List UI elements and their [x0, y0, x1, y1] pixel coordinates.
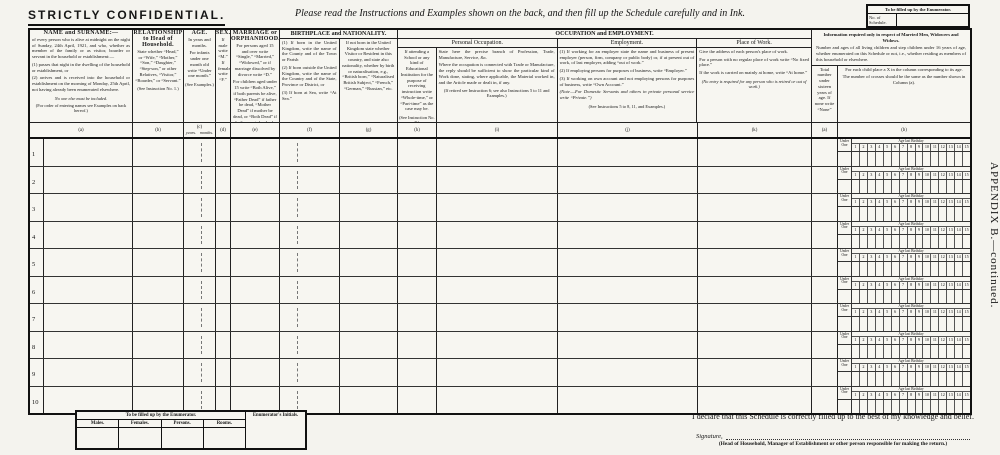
nationality-field[interactable] [340, 359, 398, 386]
age-mark-cell[interactable] [955, 290, 963, 304]
age-mark-cell[interactable] [939, 207, 947, 221]
age-mark-cell[interactable] [923, 345, 931, 359]
age-mark-cell[interactable] [838, 345, 852, 359]
age-mark-cell[interactable] [931, 290, 939, 304]
age-mark-cell[interactable] [838, 235, 852, 249]
age-mark-cell[interactable] [963, 372, 970, 386]
employment-field[interactable] [558, 249, 698, 276]
relationship-field[interactable] [133, 249, 184, 276]
age-mark-cell[interactable] [939, 400, 947, 414]
age-mark-cell[interactable] [884, 290, 892, 304]
age-mark-cell[interactable] [923, 207, 931, 221]
sex-field[interactable] [216, 249, 231, 276]
age-mark-cell[interactable] [923, 317, 931, 331]
age-mark-cell[interactable] [876, 317, 884, 331]
age-mark-cell[interactable] [923, 152, 931, 166]
age-mark-cell[interactable] [916, 372, 924, 386]
marriage-field[interactable] [231, 277, 280, 304]
age-column-number: 1 [852, 364, 860, 371]
age-mark-cell[interactable] [908, 180, 916, 194]
place-of-work-field[interactable] [698, 222, 812, 249]
age-mark-cell[interactable] [931, 262, 939, 276]
age-mark-cell[interactable] [916, 235, 924, 249]
age-mark-cell[interactable] [900, 152, 908, 166]
age-mark-cell[interactable] [860, 372, 868, 386]
age-column-number: 9 [916, 282, 924, 289]
employment-field[interactable] [558, 167, 698, 194]
age-mark-cell[interactable] [860, 290, 868, 304]
age-mark-cell[interactable] [900, 207, 908, 221]
marriage-field[interactable] [231, 359, 280, 386]
occupation-field[interactable] [437, 194, 558, 221]
birthplace-field[interactable] [280, 277, 340, 304]
children-age-grid: Under One Age last Birthday 123456789101… [838, 167, 970, 194]
birthplace-field[interactable] [280, 249, 340, 276]
col-header-marriage: MARRIAGE or ORPHANHOOD. For persons aged… [231, 30, 280, 122]
age-mark-cell[interactable] [908, 262, 916, 276]
age-mark-cell[interactable] [838, 180, 852, 194]
school-field[interactable] [398, 277, 437, 304]
employment-field[interactable] [558, 332, 698, 359]
age-mark-cell[interactable] [900, 262, 908, 276]
birthplace-field[interactable] [280, 167, 340, 194]
occupation-field[interactable] [437, 249, 558, 276]
place-of-work-field[interactable] [698, 139, 812, 166]
marriage-field[interactable] [231, 222, 280, 249]
age-mark-cell[interactable] [916, 180, 924, 194]
age-mark-cell[interactable] [884, 400, 892, 414]
occupation-field[interactable] [437, 167, 558, 194]
age-mark-cell[interactable] [955, 372, 963, 386]
age-mark-cell[interactable] [955, 180, 963, 194]
age-mark-cell[interactable] [884, 152, 892, 166]
age-mark-cell[interactable] [947, 235, 955, 249]
under-one-label: Under One [838, 249, 852, 261]
age-mark-cell[interactable] [931, 372, 939, 386]
age-mark-cell[interactable] [868, 317, 876, 331]
rooms-field[interactable] [204, 428, 245, 448]
school-field[interactable] [398, 167, 437, 194]
employment-field[interactable] [558, 304, 698, 331]
age-mark-cell[interactable] [892, 152, 900, 166]
nationality-field[interactable] [340, 167, 398, 194]
children-total-field[interactable] [812, 249, 838, 276]
age-mark-cell[interactable] [852, 317, 860, 331]
nationality-field[interactable] [340, 194, 398, 221]
name-field[interactable] [44, 304, 133, 331]
age-mark-cell[interactable] [955, 262, 963, 276]
age-mark-cell[interactable] [860, 207, 868, 221]
age-mark-cell[interactable] [900, 235, 908, 249]
age-mark-cell[interactable] [916, 400, 924, 414]
age-field[interactable] [184, 222, 216, 249]
age-field[interactable] [184, 167, 216, 194]
sex-field[interactable] [216, 359, 231, 386]
children-total-field[interactable] [812, 222, 838, 249]
marriage-field[interactable] [231, 249, 280, 276]
occupation-field[interactable] [437, 277, 558, 304]
age-mark-cell[interactable] [892, 207, 900, 221]
age-mark-cell[interactable] [876, 180, 884, 194]
age-mark-cell[interactable] [947, 400, 955, 414]
sex-field[interactable] [216, 304, 231, 331]
age-mark-cell[interactable] [860, 180, 868, 194]
school-field[interactable] [398, 359, 437, 386]
enumerator-initials-field[interactable]: Enumerator's Initials. [246, 412, 305, 448]
age-grid-cells [838, 207, 970, 221]
nationality-field[interactable] [340, 277, 398, 304]
age-mark-cell[interactable] [947, 207, 955, 221]
children-age-grid: Under One Age last Birthday 123456789101… [838, 194, 970, 221]
age-field[interactable] [184, 277, 216, 304]
marriage-field[interactable] [231, 304, 280, 331]
age-mark-cell[interactable] [838, 152, 852, 166]
children-total-field[interactable] [812, 167, 838, 194]
age-mark-cell[interactable] [838, 400, 852, 414]
age-mark-cell[interactable] [892, 317, 900, 331]
occupation-field[interactable] [437, 222, 558, 249]
place-of-work-field[interactable] [698, 332, 812, 359]
marriage-field[interactable] [231, 332, 280, 359]
age-mark-cell[interactable] [931, 152, 939, 166]
age-mark-cell[interactable] [868, 345, 876, 359]
birthplace-field[interactable] [280, 194, 340, 221]
age-field[interactable] [184, 304, 216, 331]
age-mark-cell[interactable] [852, 207, 860, 221]
age-mark-cell[interactable] [939, 317, 947, 331]
age-mark-cell[interactable] [947, 180, 955, 194]
age-mark-cell[interactable] [947, 290, 955, 304]
age-mark-cell[interactable] [860, 262, 868, 276]
age-mark-cell[interactable] [852, 400, 860, 414]
sex-field[interactable] [216, 222, 231, 249]
relationship-field[interactable] [133, 359, 184, 386]
females-field[interactable] [119, 428, 161, 448]
age-mark-cell[interactable] [963, 152, 970, 166]
age-mark-cell[interactable] [908, 152, 916, 166]
age-note1: For infants under one month old write “U… [184, 49, 215, 80]
employment-field[interactable] [558, 139, 698, 166]
age-mark-cell[interactable] [892, 345, 900, 359]
age-mark-cell[interactable] [838, 290, 852, 304]
age-mark-cell[interactable] [884, 262, 892, 276]
age-mark-cell[interactable] [931, 345, 939, 359]
nationality-header: If not born in the United Kingdom state … [340, 39, 398, 122]
school-field[interactable] [398, 194, 437, 221]
age-mark-cell[interactable] [852, 180, 860, 194]
age-mark-cell[interactable] [852, 152, 860, 166]
age-mark-cell[interactable] [900, 372, 908, 386]
age-mark-cell[interactable] [939, 290, 947, 304]
place-body2: For a person with no regular place of wo… [697, 56, 811, 69]
age-column-number: 3 [868, 337, 876, 344]
age-mark-cell[interactable] [923, 262, 931, 276]
age-mark-cell[interactable] [908, 207, 916, 221]
age-mark-cell[interactable] [852, 235, 860, 249]
marriage-field[interactable] [231, 139, 280, 166]
employment-field[interactable] [558, 222, 698, 249]
age-mark-cell[interactable] [900, 400, 908, 414]
age-mark-cell[interactable] [838, 262, 852, 276]
children-total-field[interactable] [812, 387, 838, 414]
relationship-field[interactable] [133, 167, 184, 194]
school-field[interactable] [398, 249, 437, 276]
age-mark-cell[interactable] [892, 235, 900, 249]
age-mark-cell[interactable] [923, 180, 931, 194]
persons-field[interactable] [162, 428, 204, 448]
age-mark-cell[interactable] [838, 317, 852, 331]
age-mark-cell[interactable] [852, 372, 860, 386]
name-field[interactable] [44, 167, 133, 194]
place-of-work-field[interactable] [698, 304, 812, 331]
sex-field[interactable] [216, 277, 231, 304]
children-total-field[interactable] [812, 139, 838, 166]
age-mark-cell[interactable] [908, 235, 916, 249]
age-mark-cell[interactable] [963, 180, 970, 194]
children-total-field[interactable] [812, 359, 838, 386]
age-mark-cell[interactable] [955, 152, 963, 166]
age-mark-cell[interactable] [868, 400, 876, 414]
nationality-field[interactable] [340, 304, 398, 331]
place-of-work-field[interactable] [698, 167, 812, 194]
schedule-number-field[interactable] [897, 14, 968, 26]
age-mark-cell[interactable] [908, 400, 916, 414]
school-field[interactable] [398, 332, 437, 359]
place-of-work-field[interactable] [698, 194, 812, 221]
age-mark-cell[interactable] [838, 207, 852, 221]
age-mark-cell[interactable] [852, 345, 860, 359]
relationship-field[interactable] [133, 194, 184, 221]
school-note: (See Instruction No. 7.) [398, 115, 436, 122]
age-mark-cell[interactable] [876, 235, 884, 249]
school-field[interactable] [398, 139, 437, 166]
age-mark-cell[interactable] [876, 345, 884, 359]
relationship-field[interactable] [133, 139, 184, 166]
under-one-label: Under One [838, 332, 852, 344]
birthplace-field[interactable] [280, 304, 340, 331]
age-mark-cell[interactable] [939, 235, 947, 249]
age-mark-cell[interactable] [876, 152, 884, 166]
age-mark-cell[interactable] [923, 400, 931, 414]
age-mark-cell[interactable] [884, 207, 892, 221]
relationship-field[interactable] [133, 304, 184, 331]
employment-field[interactable] [558, 359, 698, 386]
sex-field[interactable] [216, 167, 231, 194]
age-column-number: 2 [860, 309, 868, 316]
age-mark-cell[interactable] [884, 345, 892, 359]
age-mark-cell[interactable] [916, 262, 924, 276]
age-field[interactable] [184, 332, 216, 359]
age-mark-cell[interactable] [955, 400, 963, 414]
birthplace-field[interactable] [280, 332, 340, 359]
signature-field[interactable] [726, 431, 970, 440]
age-mark-cell[interactable] [892, 180, 900, 194]
age-mark-cell[interactable] [939, 372, 947, 386]
age-field[interactable] [184, 194, 216, 221]
age-mark-cell[interactable] [931, 235, 939, 249]
nationality-field[interactable] [340, 249, 398, 276]
age-mark-cell[interactable] [884, 317, 892, 331]
employment-field[interactable] [558, 387, 698, 414]
age-mark-cell[interactable] [868, 207, 876, 221]
children-total-field[interactable] [812, 332, 838, 359]
name-field[interactable] [44, 139, 133, 166]
children-total-field[interactable] [812, 304, 838, 331]
age-mark-cell[interactable] [947, 262, 955, 276]
rooms-label: Rooms. [204, 420, 245, 427]
age-mark-cell[interactable] [900, 290, 908, 304]
age-mark-cell[interactable] [860, 345, 868, 359]
age-mark-cell[interactable] [900, 180, 908, 194]
age-mark-cell[interactable] [908, 317, 916, 331]
age-mark-cell[interactable] [876, 262, 884, 276]
name-field[interactable] [44, 359, 133, 386]
age-mark-cell[interactable] [955, 235, 963, 249]
age-mark-cell[interactable] [916, 317, 924, 331]
age-mark-cell[interactable] [884, 235, 892, 249]
age-mark-cell[interactable] [892, 290, 900, 304]
school-field[interactable] [398, 304, 437, 331]
age-mark-cell[interactable] [838, 372, 852, 386]
name-field[interactable] [44, 194, 133, 221]
age-mark-cell[interactable] [923, 372, 931, 386]
age-mark-cell[interactable] [884, 180, 892, 194]
age-mark-cell[interactable] [860, 152, 868, 166]
age-mark-cell[interactable] [852, 290, 860, 304]
age-mark-cell[interactable] [892, 262, 900, 276]
age-mark-cell[interactable] [963, 262, 970, 276]
age-mark-cell[interactable] [916, 345, 924, 359]
school-field[interactable] [398, 387, 437, 414]
age-mark-cell[interactable] [868, 152, 876, 166]
age-mark-cell[interactable] [868, 235, 876, 249]
marriage-field[interactable] [231, 194, 280, 221]
age-mark-cell[interactable] [860, 235, 868, 249]
age-mark-cell[interactable] [923, 290, 931, 304]
age-mark-cell[interactable] [963, 235, 970, 249]
employment-field[interactable] [558, 277, 698, 304]
name-field[interactable] [44, 222, 133, 249]
age-mark-cell[interactable] [931, 207, 939, 221]
age-mark-cell[interactable] [947, 152, 955, 166]
name-field[interactable] [44, 249, 133, 276]
children-total-field[interactable] [812, 277, 838, 304]
age-mark-cell[interactable] [955, 207, 963, 221]
age-mark-cell[interactable] [963, 317, 970, 331]
occupation-field[interactable] [437, 139, 558, 166]
occupation-field[interactable] [437, 304, 558, 331]
birthplace-field[interactable] [280, 359, 340, 386]
age-field[interactable] [184, 359, 216, 386]
children-total-field[interactable] [812, 194, 838, 221]
place-of-work-field[interactable] [698, 359, 812, 386]
age-field[interactable] [184, 249, 216, 276]
marriage-field[interactable] [231, 167, 280, 194]
age-mark-cell[interactable] [860, 317, 868, 331]
age-mark-cell[interactable] [947, 345, 955, 359]
age-mark-cell[interactable] [852, 262, 860, 276]
age-mark-cell[interactable] [963, 207, 970, 221]
age-column-number: 2 [860, 337, 868, 344]
age-mark-cell[interactable] [876, 400, 884, 414]
nationality-field[interactable] [340, 222, 398, 249]
relationship-field[interactable] [133, 222, 184, 249]
age-mark-cell[interactable] [868, 372, 876, 386]
place-of-work-field[interactable] [698, 277, 812, 304]
age-mark-cell[interactable] [931, 180, 939, 194]
age-mark-cell[interactable] [916, 290, 924, 304]
age-mark-cell[interactable] [947, 372, 955, 386]
sex-field[interactable] [216, 332, 231, 359]
age-mark-cell[interactable] [916, 207, 924, 221]
nationality-field[interactable] [340, 387, 398, 414]
age-mark-cell[interactable] [900, 317, 908, 331]
age-mark-cell[interactable] [931, 400, 939, 414]
school-field[interactable] [398, 222, 437, 249]
sex-field[interactable] [216, 139, 231, 166]
age-mark-cell[interactable] [916, 152, 924, 166]
age-column-number: 8 [908, 199, 916, 206]
age-mark-cell[interactable] [868, 290, 876, 304]
age-mark-cell[interactable] [963, 345, 970, 359]
age-mark-cell[interactable] [908, 372, 916, 386]
age-mark-cell[interactable] [939, 152, 947, 166]
employment-field[interactable] [558, 194, 698, 221]
age-mark-cell[interactable] [947, 317, 955, 331]
occupation-field[interactable] [437, 359, 558, 386]
age-mark-cell[interactable] [876, 207, 884, 221]
age-mark-cell[interactable] [908, 345, 916, 359]
col-header-birthplace: BIRTHPLACE and NATIONALITY. (1) If born … [280, 30, 398, 122]
name-field[interactable] [44, 332, 133, 359]
age-mark-cell[interactable] [876, 372, 884, 386]
sex-field[interactable] [216, 194, 231, 221]
age-mark-cell[interactable] [963, 290, 970, 304]
name-field[interactable] [44, 277, 133, 304]
age-field[interactable] [184, 139, 216, 166]
nationality-field[interactable] [340, 139, 398, 166]
age-mark-cell[interactable] [955, 317, 963, 331]
relationship-field[interactable] [133, 332, 184, 359]
occupation-field[interactable] [437, 387, 558, 414]
males-field[interactable] [77, 428, 119, 448]
age-mark-cell[interactable] [955, 345, 963, 359]
birthplace-field[interactable] [280, 222, 340, 249]
age-mark-cell[interactable] [931, 317, 939, 331]
age-mark-cell[interactable] [900, 345, 908, 359]
age-mark-cell[interactable] [908, 290, 916, 304]
age-mark-cell[interactable] [939, 180, 947, 194]
age-mark-cell[interactable] [963, 400, 970, 414]
age-mark-cell[interactable] [892, 372, 900, 386]
age-mark-cell[interactable] [868, 262, 876, 276]
birthplace-field[interactable] [280, 139, 340, 166]
occupation-field[interactable] [437, 332, 558, 359]
age-mark-cell[interactable] [923, 235, 931, 249]
age-mark-cell[interactable] [860, 400, 868, 414]
relationship-field[interactable] [133, 277, 184, 304]
place-of-work-field[interactable] [698, 387, 812, 414]
age-mark-cell[interactable] [884, 372, 892, 386]
nationality-field[interactable] [340, 332, 398, 359]
age-mark-cell[interactable] [868, 180, 876, 194]
age-mark-cell[interactable] [939, 345, 947, 359]
age-mark-cell[interactable] [939, 262, 947, 276]
age-mark-cell[interactable] [892, 400, 900, 414]
age-mark-cell[interactable] [876, 290, 884, 304]
age-column-number: 10 [923, 309, 931, 316]
place-of-work-field[interactable] [698, 249, 812, 276]
